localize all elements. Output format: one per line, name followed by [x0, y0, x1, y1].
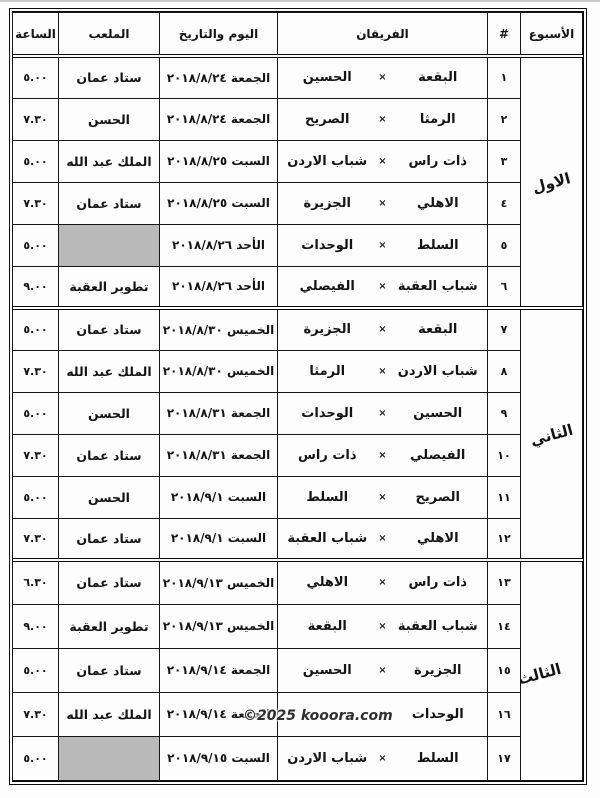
home-team: شباب العقبة: [395, 279, 482, 294]
match-number: ١٦: [488, 692, 521, 736]
teams-pair: الاهلي×الجزيرة: [284, 196, 481, 211]
day-date-cell: الخميس ٢٠١٨/٩/١٣: [160, 560, 278, 604]
stadium-cell: ستاد عمان: [59, 56, 160, 98]
match-row: ١٥الجزيرة×الحسينالجمعة ٢٠١٨/٩/١٤ستاد عما…: [13, 648, 583, 692]
away-team: ذات راس: [284, 448, 371, 463]
stadium-cell: الحسن: [59, 98, 160, 140]
versus-x-mark: ×: [371, 366, 395, 377]
stadium-cell: ستاد عمان: [59, 518, 160, 560]
home-team: شباب العقبة: [395, 619, 482, 634]
kickoff-time-cell: ٥.٠٠: [13, 648, 59, 692]
kickoff-time-cell: ٥.٠٠: [13, 476, 59, 518]
week-cell: الثاني: [521, 308, 583, 560]
match-number: ٦: [488, 266, 521, 308]
teams-pair: الصريح×السلط: [284, 490, 481, 505]
day-date-cell: الجمعة ٢٠١٨/٨/٢٤: [160, 98, 278, 140]
kickoff-time-cell: ٧.٣٠: [13, 692, 59, 736]
versus-x-mark: ×: [371, 492, 395, 503]
match-number: ١٢: [488, 518, 521, 560]
versus-x-mark: ×: [371, 621, 395, 632]
home-team: البقعة: [395, 322, 482, 337]
home-team: الحسين: [395, 406, 482, 421]
match-row: ١١الصريح×السلطالسبت ٢٠١٨/٩/١الحسن٥.٠٠: [13, 476, 583, 518]
match-row: ٦شباب العقبة×الفيصليالأحد ٢٠١٨/٨/٢٦تطوير…: [13, 266, 583, 308]
away-team: شباب العقبة: [284, 531, 371, 546]
versus-x-mark: ×: [371, 156, 395, 167]
match-number: ٩: [488, 392, 521, 434]
match-number: ٨: [488, 350, 521, 392]
day-date-cell: السبت ٢٠١٨/٩/١٥: [160, 736, 278, 780]
teams-pair: الجزيرة×الحسين: [284, 663, 481, 678]
match-row: ٩الحسين×الوحداتالجمعة ٢٠١٨/٨/٣١الحسن٥.٠٠: [13, 392, 583, 434]
teams-pair: الفيصلي×ذات راس: [284, 448, 481, 463]
versus-x-mark: ×: [371, 577, 395, 588]
week-label: الثالث: [521, 660, 564, 689]
home-team: الاهلي: [395, 531, 482, 546]
match-number: ٥: [488, 224, 521, 266]
header-time: الساعة: [13, 13, 59, 57]
match-number: ٢: [488, 98, 521, 140]
week-section: الثاني٧البقعة×الجزيرةالخميس ٢٠١٨/٨/٣٠ستا…: [13, 308, 583, 560]
teams-pair: ذات راس×الاهلي: [284, 575, 481, 590]
stadium-cell-shaded: [59, 224, 160, 266]
day-date-cell: الجمعة ٢٠١٨/٨/٣١: [160, 392, 278, 434]
match-number: ١١: [488, 476, 521, 518]
teams-pair: السلط×شباب الاردن: [284, 751, 481, 766]
week-label: الثاني: [528, 420, 575, 449]
stadium-cell: ستاد عمان: [59, 648, 160, 692]
away-team: الصريح: [284, 112, 371, 127]
day-date-cell: السبت ٢٠١٨/٨/٢٥: [160, 140, 278, 182]
day-date-cell: الجمعة ٢٠١٨/٨/٢٤: [160, 56, 278, 98]
kickoff-time-cell: ٧.٣٠: [13, 434, 59, 476]
versus-x-mark: ×: [371, 240, 395, 251]
away-team: شباب الاردن: [284, 154, 371, 169]
home-team: الجزيرة: [395, 663, 482, 678]
match-schedule-page: الأسبوع # الفريقان اليوم والتاريخ الملعب…: [0, 0, 600, 798]
match-row: ٥السلط×الوحداتالأحد ٢٠١٨/٨/٢٦٥.٠٠: [13, 224, 583, 266]
home-team: ذات راس: [395, 575, 482, 590]
stadium-cell: الحسن: [59, 392, 160, 434]
home-team: ذات راس: [395, 154, 482, 169]
teams-cell: شباب الاردن×الرمثا: [278, 350, 488, 392]
match-number: ١: [488, 56, 521, 98]
day-date-cell: الخميس ٢٠١٨/٨/٣٠: [160, 350, 278, 392]
stadium-cell: ستاد عمان: [59, 434, 160, 476]
kickoff-time-cell: ٧.٣٠: [13, 518, 59, 560]
away-team: السلط: [284, 490, 371, 505]
home-team: الفيصلي: [395, 448, 482, 463]
teams-cell: الفيصلي×ذات راس: [278, 434, 488, 476]
match-row: ١٢الاهلي×شباب العقبةالسبت ٢٠١٨/٩/١ستاد ع…: [13, 518, 583, 560]
match-row: ١٤شباب العقبة×البقعةالخميس ٢٠١٨/٩/١٣تطوي…: [13, 604, 583, 648]
day-date-cell: الجمعة ٢٠١٨/٨/٣١: [160, 434, 278, 476]
kickoff-time-cell: ٧.٣٠: [13, 350, 59, 392]
week-cell: الثالث: [521, 560, 583, 780]
kickoff-time-cell: ٥.٠٠: [13, 140, 59, 182]
away-team: الرمثا: [284, 364, 371, 379]
versus-x-mark: ×: [371, 281, 395, 292]
away-team: الحسين: [284, 70, 371, 85]
stadium-cell: الملك عبد الله: [59, 140, 160, 182]
teams-pair: البقعة×الحسين: [284, 70, 481, 85]
away-team: الجزيرة: [284, 196, 371, 211]
teams-cell: شباب العقبة×الفيصلي: [278, 266, 488, 308]
teams-cell: ذات راس×شباب الاردن: [278, 140, 488, 182]
match-row: الثالث١٣ذات راس×الاهليالخميس ٢٠١٨/٩/١٣ست…: [13, 560, 583, 604]
day-date-cell: الجمعة ٢٠١٨/٩/١٤: [160, 648, 278, 692]
header-date: اليوم والتاريخ: [160, 13, 278, 57]
teams-cell: الرمثا×الصريح: [278, 98, 488, 140]
home-team: البقعة: [395, 70, 482, 85]
teams-cell: الحسين×الوحدات: [278, 392, 488, 434]
versus-x-mark: ×: [371, 450, 395, 461]
schedule-table-frame: الأسبوع # الفريقان اليوم والتاريخ الملعب…: [9, 8, 587, 785]
match-row: ١٠الفيصلي×ذات راسالجمعة ٢٠١٨/٨/٣١ستاد عم…: [13, 434, 583, 476]
versus-x-mark: ×: [371, 753, 395, 764]
teams-pair: الرمثا×الصريح: [284, 112, 481, 127]
away-team: البقعة: [284, 619, 371, 634]
match-number: ١٣: [488, 560, 521, 604]
week-cell: الاول: [521, 56, 583, 308]
kickoff-time-cell: ٩.٠٠: [13, 604, 59, 648]
day-date-cell: الأحد ٢٠١٨/٨/٢٦: [160, 266, 278, 308]
kickoff-time-cell: ٥.٠٠: [13, 392, 59, 434]
kickoff-time-cell: ٥.٠٠: [13, 224, 59, 266]
kickoff-time-cell: ٧.٣٠: [13, 182, 59, 224]
kickoff-time-cell: ٧.٣٠: [13, 98, 59, 140]
kooora-watermark: ©2025 kooora.com: [243, 708, 393, 724]
home-team: الرمثا: [395, 112, 482, 127]
stadium-cell: ستاد عمان: [59, 560, 160, 604]
teams-cell: شباب العقبة×البقعة: [278, 604, 488, 648]
versus-x-mark: ×: [371, 665, 395, 676]
header-number: #: [488, 13, 521, 57]
stadium-cell: الحسن: [59, 476, 160, 518]
teams-pair: شباب الاردن×الرمثا: [284, 364, 481, 379]
day-date-cell: السبت ٢٠١٨/٨/٢٥: [160, 182, 278, 224]
versus-x-mark: ×: [371, 408, 395, 419]
table-header-row: الأسبوع # الفريقان اليوم والتاريخ الملعب…: [13, 13, 583, 57]
versus-x-mark: ×: [371, 114, 395, 125]
match-row: ٢الرمثا×الصريحالجمعة ٢٠١٨/٨/٢٤الحسن٧.٣٠: [13, 98, 583, 140]
stadium-cell: الملك عبد الله: [59, 350, 160, 392]
away-team: شباب الاردن: [284, 751, 371, 766]
versus-x-mark: ×: [371, 533, 395, 544]
week-section: الثالث١٣ذات راس×الاهليالخميس ٢٠١٨/٩/١٣ست…: [13, 560, 583, 780]
day-date-cell: السبت ٢٠١٨/٩/١: [160, 518, 278, 560]
away-team: الحسين: [284, 663, 371, 678]
match-number: ١٥: [488, 648, 521, 692]
teams-cell: السلط×شباب الاردن: [278, 736, 488, 780]
kickoff-time-cell: ٥.٠٠: [13, 308, 59, 350]
header-week: الأسبوع: [521, 13, 583, 57]
week-section: الاول١البقعة×الحسينالجمعة ٢٠١٨/٨/٢٤ستاد …: [13, 56, 583, 308]
stadium-cell: ستاد عمان: [59, 182, 160, 224]
versus-x-mark: ×: [371, 72, 395, 83]
match-row: ٤الاهلي×الجزيرةالسبت ٢٠١٨/٨/٢٥ستاد عمان٧…: [13, 182, 583, 224]
teams-cell: البقعة×الجزيرة: [278, 308, 488, 350]
teams-cell: الجزيرة×الحسين: [278, 648, 488, 692]
match-number: ١٠: [488, 434, 521, 476]
teams-pair: شباب العقبة×الفيصلي: [284, 279, 481, 294]
home-team: شباب الاردن: [395, 364, 482, 379]
match-number: ١٤: [488, 604, 521, 648]
day-date-cell: السبت ٢٠١٨/٩/١: [160, 476, 278, 518]
teams-pair: السلط×الوحدات: [284, 238, 481, 253]
match-number: ٤: [488, 182, 521, 224]
day-date-cell: الخميس ٢٠١٨/٨/٣٠: [160, 308, 278, 350]
match-row: الاول١البقعة×الحسينالجمعة ٢٠١٨/٨/٢٤ستاد …: [13, 56, 583, 98]
page-top-edge-line: [0, 0, 600, 2]
match-schedule-table: الأسبوع # الفريقان اليوم والتاريخ الملعب…: [12, 12, 583, 781]
teams-pair: البقعة×الجزيرة: [284, 322, 481, 337]
versus-x-mark: ×: [371, 324, 395, 335]
match-number: ٣: [488, 140, 521, 182]
kickoff-time-cell: ٥.٠٠: [13, 736, 59, 780]
away-team: الجزيرة: [284, 322, 371, 337]
teams-cell: ذات راس×الاهلي: [278, 560, 488, 604]
week-label: الاول: [531, 169, 573, 196]
away-team: الوحدات: [284, 406, 371, 421]
home-team: الاهلي: [395, 196, 482, 211]
stadium-cell-shaded: [59, 736, 160, 780]
match-number: ٧: [488, 308, 521, 350]
teams-pair: ذات راس×شباب الاردن: [284, 154, 481, 169]
match-row: ١٧السلط×شباب الاردنالسبت ٢٠١٨/٩/١٥٥.٠٠: [13, 736, 583, 780]
away-team: الوحدات: [284, 238, 371, 253]
versus-x-mark: ×: [371, 198, 395, 209]
away-team: الاهلي: [284, 575, 371, 590]
teams-pair: الحسين×الوحدات: [284, 406, 481, 421]
kickoff-time-cell: ٥.٠٠: [13, 56, 59, 98]
match-row: ٨شباب الاردن×الرمثاالخميس ٢٠١٨/٨/٣٠الملك…: [13, 350, 583, 392]
kickoff-time-cell: ٩.٠٠: [13, 266, 59, 308]
teams-cell: الاهلي×شباب العقبة: [278, 518, 488, 560]
home-team: السلط: [395, 238, 482, 253]
header-teams: الفريقان: [278, 13, 488, 57]
stadium-cell: الملك عبد الله: [59, 692, 160, 736]
teams-cell: الصريح×السلط: [278, 476, 488, 518]
stadium-cell: ستاد عمان: [59, 308, 160, 350]
match-row: ٣ذات راس×شباب الاردنالسبت ٢٠١٨/٨/٢٥الملك…: [13, 140, 583, 182]
teams-cell: السلط×الوحدات: [278, 224, 488, 266]
stadium-cell: تطوير العقبة: [59, 604, 160, 648]
teams-pair: شباب العقبة×البقعة: [284, 619, 481, 634]
day-date-cell: الأحد ٢٠١٨/٨/٢٦: [160, 224, 278, 266]
teams-cell: الاهلي×الجزيرة: [278, 182, 488, 224]
header-stadium: الملعب: [59, 13, 160, 57]
home-team: الصريح: [395, 490, 482, 505]
kickoff-time-cell: ٦.٣٠: [13, 560, 59, 604]
home-team: الوحدات: [395, 707, 482, 722]
day-date-cell: الخميس ٢٠١٨/٩/١٣: [160, 604, 278, 648]
home-team: السلط: [395, 751, 482, 766]
match-row: الثاني٧البقعة×الجزيرةالخميس ٢٠١٨/٨/٣٠ستا…: [13, 308, 583, 350]
stadium-cell: تطوير العقبة: [59, 266, 160, 308]
teams-pair: الاهلي×شباب العقبة: [284, 531, 481, 546]
away-team: الفيصلي: [284, 279, 371, 294]
match-number: ١٧: [488, 736, 521, 780]
teams-cell: البقعة×الحسين: [278, 56, 488, 98]
